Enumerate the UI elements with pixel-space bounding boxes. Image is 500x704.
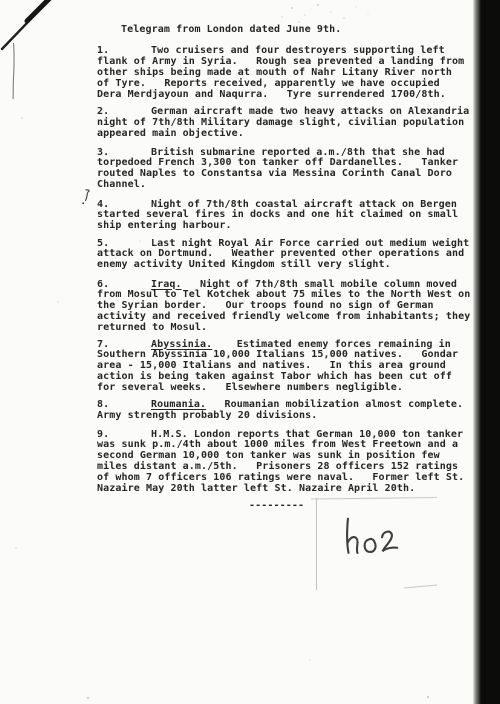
- paragraph-body: Last night Royal Air Force carried out m…: [97, 238, 469, 271]
- handwritten-note: h02: [340, 512, 415, 562]
- paragraph-heading: Abyssinia.: [151, 339, 212, 350]
- paragraph-5: 5.Last night Royal Air Force carried out…: [97, 239, 475, 272]
- paragraph-body: Two cruisers and four destroyers support…: [97, 45, 464, 100]
- handwritten-h: [347, 537, 359, 554]
- paragraph-6: 6.Iraq. Night of 7th/8th small mobile co…: [97, 280, 475, 335]
- paragraph-8: 8.Roumania. Roumanian mobilization almos…: [97, 400, 475, 422]
- paragraph-body: German aircraft made two heavy attacks o…: [97, 106, 469, 139]
- handwritten-h: [345, 519, 352, 553]
- pencil-box-outline: [311, 498, 437, 591]
- paragraph-9: 9.H.M.S. London reports that German 10,0…: [97, 430, 475, 495]
- paragraph-body: H.M.S. London reports that German 10,000…: [97, 429, 464, 495]
- typed-separator: ---------: [249, 500, 304, 511]
- corner-fold-mark: [2, 0, 52, 49]
- paragraph-heading: Iraq.: [151, 279, 182, 290]
- paragraph-body: British submarine reported a.m./8th that…: [97, 147, 458, 191]
- paragraph-7: 7.Abyssinia. Estimated enemy forces rema…: [97, 340, 475, 395]
- telegram-title: Telegram from London dated June 9th.: [121, 24, 341, 35]
- document-page: Telegram from London dated June 9th. 1.T…: [0, 0, 500, 704]
- scan-edge-band: [473, 0, 500, 704]
- left-edge-scratch: [13, 43, 14, 99]
- handwritten-2: [381, 531, 398, 551]
- paragraph-heading: Roumania.: [151, 399, 206, 410]
- paragraph-body: Night of 7th/8th coastal aircraft attack…: [97, 199, 458, 232]
- paragraph-3: 3.British submarine reported a.m./8th th…: [97, 148, 475, 192]
- paragraph-4: 4.Night of 7th/8th coastal aircraft atta…: [97, 200, 475, 233]
- pen-squiggle-mark: [82, 190, 89, 204]
- paragraph-1: 1.Two cruisers and four destroyers suppo…: [97, 46, 475, 101]
- paragraph-2: 2.German aircraft made two heavy attacks…: [97, 107, 475, 140]
- handwritten-0: [364, 538, 376, 552]
